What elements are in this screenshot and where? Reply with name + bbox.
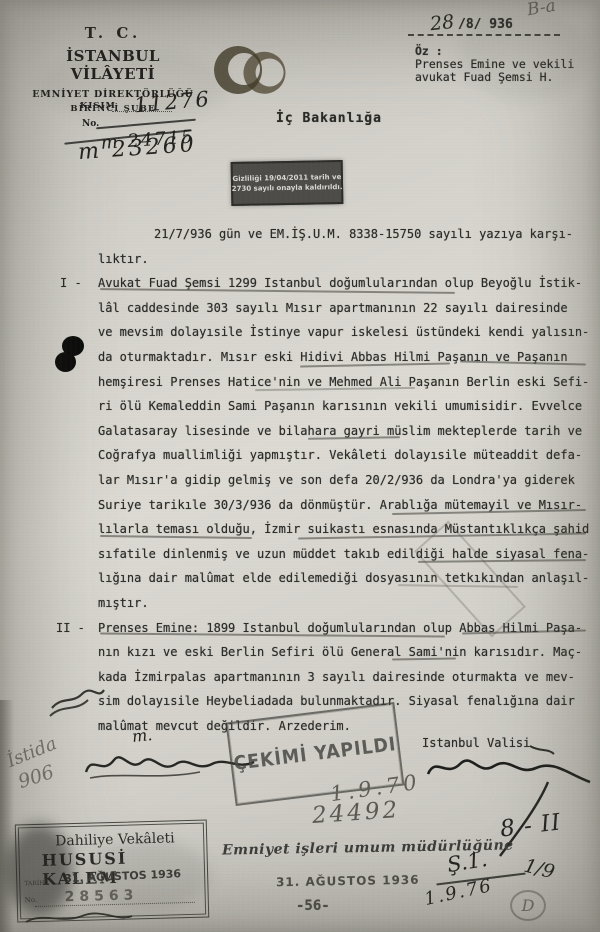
punch-hole [55, 352, 76, 372]
date-typed: /8/ 936 [458, 17, 513, 32]
subject-line-1: Prenses Emine ve vekili [415, 57, 574, 71]
body-line: nın kızı ve eski Berlin Sefiri ölü Gener… [98, 640, 582, 665]
body-line: Suriye tarikıle 30/3/936 da dönmüştür. A… [98, 493, 589, 518]
body-line: kada İzmirpalas apartmanının 3 sayılı da… [98, 665, 582, 690]
declass-line-2: 2730 sayılı onayla kaldırıldı. [232, 183, 343, 193]
body-line: 21/7/936 gün ve EM.İŞ.U.M. 8338-15750 sa… [98, 222, 573, 247]
dahiliye-no-label: No. [25, 896, 38, 904]
body-line: lığına dair malûmat elde edilemediği dos… [98, 566, 589, 591]
oz-label: Öz : [415, 44, 443, 58]
recipient-title: İç Bakanlığa [276, 111, 382, 126]
body-line: da oturmaktadır. Mısır eski Hidivi Abbas… [98, 345, 589, 370]
date-underline [408, 34, 560, 36]
circled-letter-text: D [522, 896, 535, 915]
number-note-handwritten: 24492 [311, 797, 401, 829]
declass-line-1: Gizliliği 19/04/2011 tarih ve [232, 173, 341, 183]
item2-label: II - [56, 616, 85, 641]
page-number: -56- [296, 898, 330, 914]
circled-letter-handwritten: D [510, 890, 546, 921]
margin-ink-mark [48, 686, 108, 720]
crescent-stamp [208, 44, 293, 106]
body-line: lıktır. [98, 247, 573, 272]
declassification-stamp: Gizliliği 19/04/2011 tarih ve 2730 sayıl… [231, 160, 344, 206]
dahiliye-line-1: Dahiliye Vekâleti [55, 830, 175, 849]
center-date-stamp: 31. AĞUSTOS 1936 [276, 873, 420, 890]
body-line: lılarla teması olduğu, İzmir suikastı es… [98, 517, 589, 542]
dahiliye-tarih-label: TARİH [24, 880, 44, 888]
letterhead-tc: T. C. [28, 24, 198, 42]
body-line: hemşiresi Prenses Hatice'nin ve Mehmed A… [98, 370, 589, 395]
body-item1: Avukat Fuad Şemsi 1299 Istanbul doğumlul… [98, 271, 589, 615]
body-line: ri ölü Kemaleddin Sami Paşanın karısının… [98, 394, 589, 419]
kisim-value-handwritten: 11276 [133, 87, 212, 118]
document-page: T. C. İSTANBUL VİLÂYETİ EMNİYET DİREKTÖR… [0, 0, 600, 932]
dahiliye-number: 28563 [64, 887, 138, 905]
subject-line-2: avukat Fuad Şemsi H. [415, 70, 553, 84]
item1-label: I - [60, 271, 82, 296]
body-intro: 21/7/936 gün ve EM.İŞ.U.M. 8338-15750 sa… [98, 222, 573, 271]
body-line: lâl caddesinde 303 sayılı Mısır apartman… [98, 296, 589, 321]
body-line: Avukat Fuad Şemsi 1299 Istanbul doğumlul… [98, 271, 589, 296]
corner-note-handwritten: B-a [525, 0, 557, 20]
body-line: ve mevsim dolayısile İstinye vapur iskel… [98, 320, 589, 345]
date-day-handwritten: 28 [429, 11, 455, 35]
bottom-left-signature [22, 908, 137, 928]
letterhead-vilayet: İSTANBUL VİLÂYETİ [28, 47, 198, 83]
kisim-label: KISIM [80, 101, 116, 111]
no-new-value-handwritten: m 23260 [77, 132, 197, 165]
left-edge-shadow [0, 700, 14, 932]
body-line: Coğrafya muallimliği yapmıştır. Vekâleti… [98, 443, 589, 468]
body-line: Galatasaray lisesinde ve bilahara gayri … [98, 419, 589, 444]
cekimi-stamp-text: ÇEKİMİ YAPILDI [232, 733, 397, 775]
body-line: lar Mısır'a gidip gelmiş ve son defa 20/… [98, 468, 589, 493]
body-line: sıfatile dinlenmiş ve uzun müddet takıb … [98, 542, 589, 567]
s1-note-handwritten: Ş.1. [445, 847, 489, 877]
